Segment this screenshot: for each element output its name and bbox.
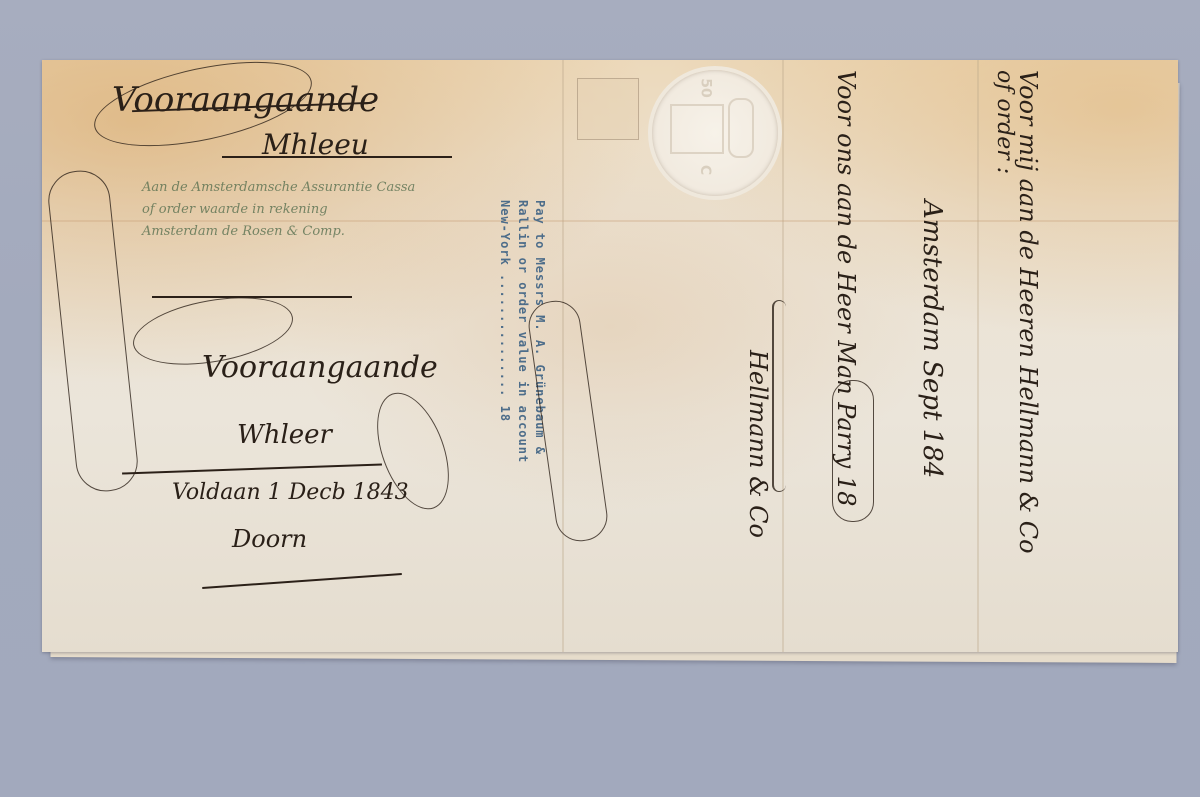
bracket <box>772 300 786 492</box>
place-date: Voldaan 1 Decb 1843 <box>172 480 409 505</box>
underline <box>152 296 352 298</box>
stamp-line-3: New-York ............... 18 <box>498 200 512 422</box>
seal-value: 50 <box>698 78 714 97</box>
fold-line <box>42 220 1178 222</box>
green-endorsement-line-1: Aan de Amsterdamsche Assurantie Cassa <box>142 180 415 195</box>
embossed-seal-icon: 50 C <box>652 70 778 196</box>
underline <box>122 463 382 474</box>
scribbled-endorsement <box>45 168 140 495</box>
right-line-5: Hellmann & Co <box>744 350 772 538</box>
right-line-1: Voor mij aan de Heeren Hellmann & Co <box>1014 70 1042 554</box>
stamp-patch <box>577 78 639 140</box>
crown-icon <box>728 98 754 158</box>
place-date-signature: Doorn <box>232 525 307 553</box>
underline <box>202 573 402 589</box>
fold-line <box>977 60 979 652</box>
coat-of-arms-icon <box>670 104 724 154</box>
document-paper: 50 C Vooraangaande Mhleeu Aan de Amsterd… <box>42 60 1178 652</box>
seal-unit: C <box>697 165 713 175</box>
right-line-3: Amsterdam Sept 184 <box>917 200 947 478</box>
flourish <box>832 380 874 522</box>
stamp-line-2: Rallin or order value in account <box>516 200 530 463</box>
signature-1: Vooraangaande <box>202 350 438 385</box>
green-endorsement-line-2: of order waarde in rekening <box>142 202 328 217</box>
right-line-2: of order : <box>992 70 1017 174</box>
strike-line <box>222 156 452 158</box>
signature-2: Whleer <box>237 420 332 450</box>
green-endorsement-line-3: Amsterdam de Rosen & Comp. <box>142 224 345 239</box>
